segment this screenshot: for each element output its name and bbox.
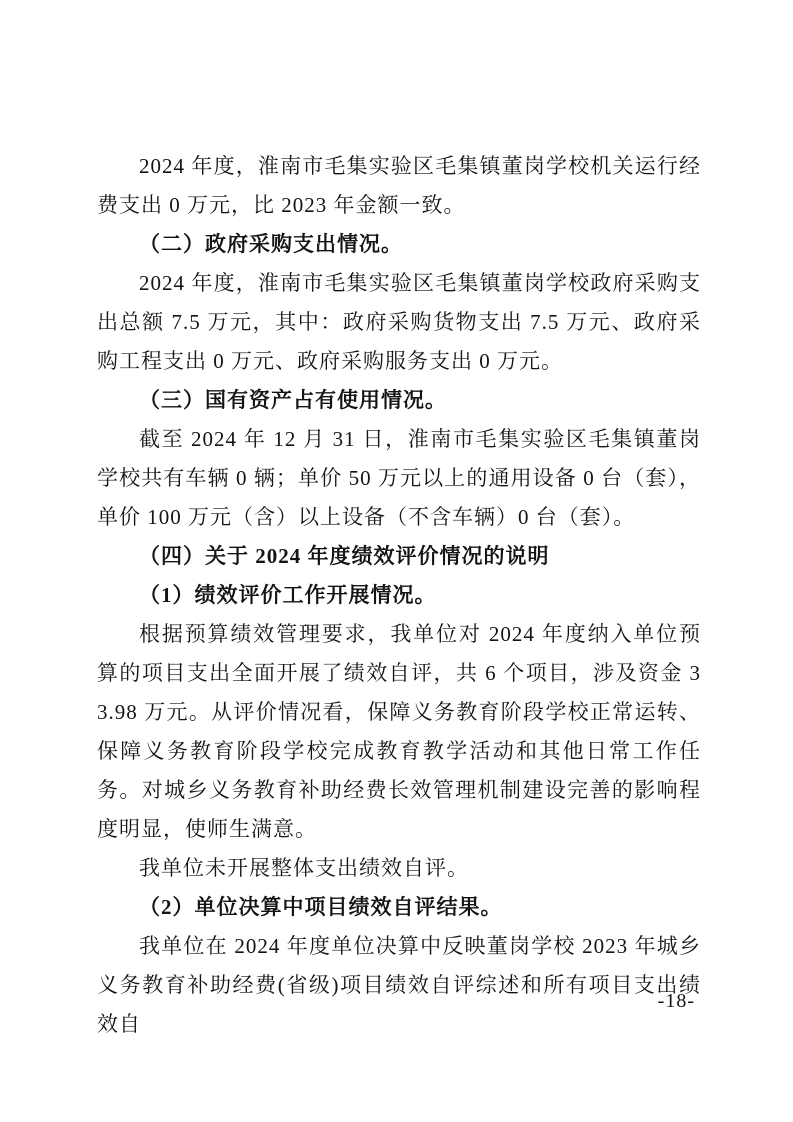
para-performance-work-detail: 根据预算绩效管理要求，我单位对 2024 年度纳入单位预算的项目支出全面开展了绩… <box>97 615 701 849</box>
para-state-assets-detail: 截至 2024 年 12 月 31 日，淮南市毛集实验区毛集镇董岗学校共有车辆 … <box>97 420 701 537</box>
heading-performance-evaluation: （四）关于 2024 年度绩效评价情况的说明 <box>97 537 701 576</box>
para-gov-procurement-detail: 2024 年度，淮南市毛集实验区毛集镇董岗学校政府采购支出总额 7.5 万元，其… <box>97 264 701 381</box>
document-page: 2024 年度，淮南市毛集实验区毛集镇董岗学校机关运行经费支出 0 万元，比 2… <box>0 0 793 1122</box>
heading-state-assets: （三）国有资产占有使用情况。 <box>97 381 701 420</box>
para-no-overall-self-evaluation: 我单位未开展整体支出绩效自评。 <box>97 849 701 888</box>
heading-gov-procurement: （二）政府采购支出情况。 <box>97 225 701 264</box>
heading-performance-work: （1）绩效评价工作开展情况。 <box>97 576 701 615</box>
heading-project-self-evaluation-result: （2）单位决算中项目绩效自评结果。 <box>97 888 701 927</box>
page-number: -18- <box>658 988 695 1014</box>
para-org-running-expense: 2024 年度，淮南市毛集实验区毛集镇董岗学校机关运行经费支出 0 万元，比 2… <box>97 147 701 225</box>
document-body: 2024 年度，淮南市毛集实验区毛集镇董岗学校机关运行经费支出 0 万元，比 2… <box>97 147 701 1044</box>
para-project-self-evaluation-detail: 我单位在 2024 年度单位决算中反映董岗学校 2023 年城乡义务教育补助经费… <box>97 927 701 1044</box>
